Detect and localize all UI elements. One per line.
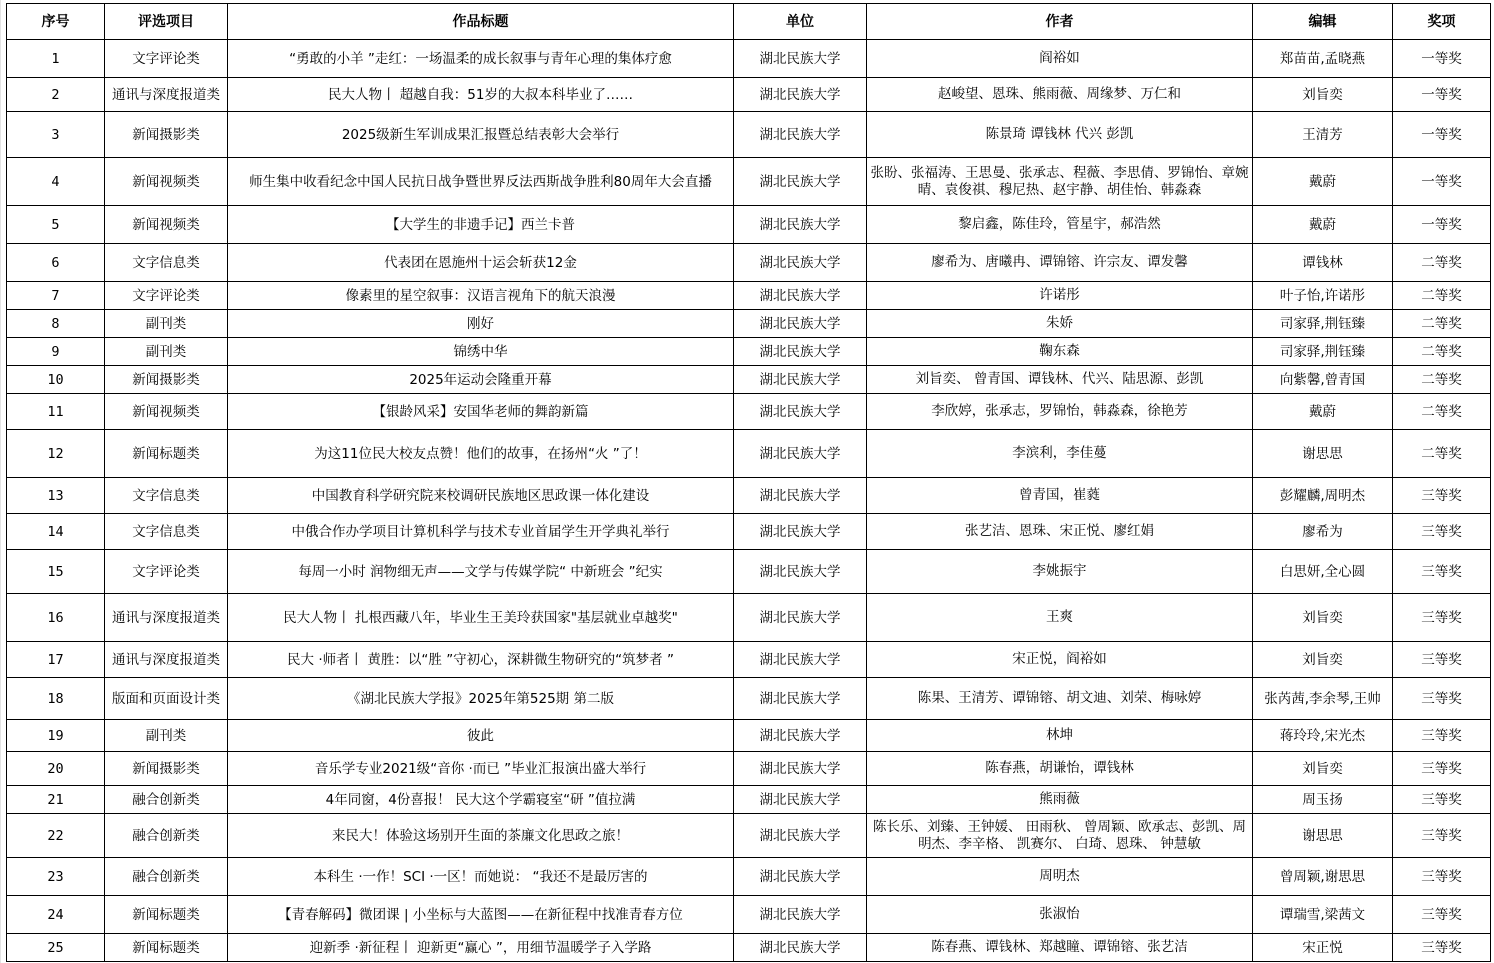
cell-category[interactable]: 副刊类 bbox=[105, 338, 228, 366]
cell-authors[interactable]: 林坤 bbox=[867, 720, 1253, 752]
cell-editors[interactable]: 曾周颖,谢思思 bbox=[1253, 858, 1393, 896]
cell-editors[interactable]: 刘旨奕 bbox=[1253, 594, 1393, 642]
cell-no[interactable]: 4 bbox=[7, 158, 105, 206]
table-row: 3新闻摄影类2025级新生军训成果汇报暨总结表彰大会举行湖北民族大学陈景琦 谭钱… bbox=[7, 112, 1491, 158]
cell-title[interactable]: 民大人物丨 扎根西藏八年，毕业生王美玲获国家"基层就业卓越奖" bbox=[228, 594, 734, 642]
cell-authors[interactable]: 李欣婷，张承志，罗锦怡，韩淼森，徐艳芳 bbox=[867, 394, 1253, 430]
cell-editors[interactable]: 王清芳 bbox=[1253, 112, 1393, 158]
table-row: 21融合创新类4年同窗，4份喜报！ 民大这个学霸寝室“研 ”值拉满湖北民族大学熊… bbox=[7, 786, 1491, 814]
cell-no[interactable]: 13 bbox=[7, 478, 105, 514]
cell-authors[interactable]: 周明杰 bbox=[867, 858, 1253, 896]
table-row: 12新闻标题类为这11位民大校友点赞！他们的故事，在扬州“火 ”了！湖北民族大学… bbox=[7, 430, 1491, 478]
cell-category[interactable]: 新闻摄影类 bbox=[105, 752, 228, 786]
cell-editors[interactable]: 戴蔚 bbox=[1253, 206, 1393, 244]
cell-award[interactable]: 二等奖 bbox=[1393, 244, 1491, 282]
cell-unit[interactable]: 湖北民族大学 bbox=[734, 720, 867, 752]
cell-title[interactable]: 彼此 bbox=[228, 720, 734, 752]
table-row: 16通讯与深度报道类民大人物丨 扎根西藏八年，毕业生王美玲获国家"基层就业卓越奖… bbox=[7, 594, 1491, 642]
cell-award[interactable]: 三等奖 bbox=[1393, 550, 1491, 594]
cell-category[interactable]: 融合创新类 bbox=[105, 786, 228, 814]
cell-award[interactable]: 三等奖 bbox=[1393, 678, 1491, 720]
cell-authors[interactable]: 陈果、王清芳、谭锦镕、胡文迪、刘荣、梅咏婷 bbox=[867, 678, 1253, 720]
cell-award[interactable]: 二等奖 bbox=[1393, 394, 1491, 430]
cell-category[interactable]: 副刊类 bbox=[105, 720, 228, 752]
cell-authors[interactable]: 鞠东森 bbox=[867, 338, 1253, 366]
cell-title[interactable]: 锦绣中华 bbox=[228, 338, 734, 366]
cell-no[interactable]: 10 bbox=[7, 366, 105, 394]
cell-award[interactable]: 二等奖 bbox=[1393, 282, 1491, 310]
cell-award[interactable]: 三等奖 bbox=[1393, 642, 1491, 678]
cell-authors[interactable]: 宋正悦，阎裕如 bbox=[867, 642, 1253, 678]
cell-title[interactable]: 迎新季 ·新征程丨 迎新更“赢心 ”，用细节温暖学子入学路 bbox=[228, 934, 734, 962]
cell-no[interactable]: 17 bbox=[7, 642, 105, 678]
cell-editors[interactable]: 彭耀麟,周明杰 bbox=[1253, 478, 1393, 514]
table-row: 18版面和页面设计类《湖北民族大学报》2025年第525期 第二版湖北民族大学陈… bbox=[7, 678, 1491, 720]
cell-authors[interactable]: 朱娇 bbox=[867, 310, 1253, 338]
cell-no[interactable]: 5 bbox=[7, 206, 105, 244]
cell-unit[interactable]: 湖北民族大学 bbox=[734, 814, 867, 858]
table-row: 24新闻标题类【青春解码】微团课 | 小坐标与大蓝图——在新征程中找准青春方位湖… bbox=[7, 896, 1491, 934]
cell-unit[interactable]: 湖北民族大学 bbox=[734, 678, 867, 720]
cell-award[interactable]: 三等奖 bbox=[1393, 814, 1491, 858]
cell-no[interactable]: 16 bbox=[7, 594, 105, 642]
cell-title[interactable]: 来民大！体验这场别开生面的茶廉文化思政之旅！ bbox=[228, 814, 734, 858]
cell-award[interactable]: 一等奖 bbox=[1393, 40, 1491, 78]
cell-category[interactable]: 新闻摄影类 bbox=[105, 366, 228, 394]
cell-editors[interactable]: 谭钱林 bbox=[1253, 244, 1393, 282]
cell-unit[interactable]: 湖北民族大学 bbox=[734, 394, 867, 430]
cell-category[interactable]: 文字评论类 bbox=[105, 550, 228, 594]
table-row: 7文字评论类像素里的星空叙事：汉语言视角下的航天浪漫湖北民族大学许诺彤叶子怡,许… bbox=[7, 282, 1491, 310]
cell-title[interactable]: 【大学生的非遗手记】西兰卡普 bbox=[228, 206, 734, 244]
cell-authors[interactable]: 廖希为、唐曦冉、谭锦镕、许宗友、谭发馨 bbox=[867, 244, 1253, 282]
cell-unit[interactable]: 湖北民族大学 bbox=[734, 858, 867, 896]
cell-category[interactable]: 新闻标题类 bbox=[105, 934, 228, 962]
cell-award[interactable]: 一等奖 bbox=[1393, 158, 1491, 206]
cell-unit[interactable]: 湖北民族大学 bbox=[734, 786, 867, 814]
cell-unit[interactable]: 湖北民族大学 bbox=[734, 112, 867, 158]
cell-title[interactable]: 刚好 bbox=[228, 310, 734, 338]
cell-award[interactable]: 三等奖 bbox=[1393, 934, 1491, 962]
cell-award[interactable]: 三等奖 bbox=[1393, 896, 1491, 934]
awards-table: 序号 评选项目 作品标题 单位 作者 编辑 奖项 1文字评论类“勇敢的小羊 ”走… bbox=[6, 3, 1491, 962]
cell-category[interactable]: 新闻标题类 bbox=[105, 430, 228, 478]
table-row: 22融合创新类来民大！体验这场别开生面的茶廉文化思政之旅！湖北民族大学陈长乐、刘… bbox=[7, 814, 1491, 858]
table-row: 15文字评论类每周一小时 润物细无声——文学与传媒学院“ 中新班会 ”纪实湖北民… bbox=[7, 550, 1491, 594]
table-row: 2通讯与深度报道类民大人物丨 超越自我：51岁的大叔本科毕业了……湖北民族大学赵… bbox=[7, 78, 1491, 112]
cell-unit[interactable]: 湖北民族大学 bbox=[734, 158, 867, 206]
cell-category[interactable]: 新闻视频类 bbox=[105, 394, 228, 430]
cell-editors[interactable]: 戴蔚 bbox=[1253, 394, 1393, 430]
cell-no[interactable]: 15 bbox=[7, 550, 105, 594]
cell-title[interactable]: 中国教育科学研究院来校调研民族地区思政课一体化建设 bbox=[228, 478, 734, 514]
cell-authors[interactable]: 许诺彤 bbox=[867, 282, 1253, 310]
cell-category[interactable]: 文字信息类 bbox=[105, 514, 228, 550]
cell-editors[interactable]: 谭瑞雪,梁茜文 bbox=[1253, 896, 1393, 934]
table-row: 8副刊类刚好湖北民族大学朱娇司家驿,荆钰臻二等奖 bbox=[7, 310, 1491, 338]
cell-no[interactable]: 14 bbox=[7, 514, 105, 550]
cell-unit[interactable]: 湖北民族大学 bbox=[734, 430, 867, 478]
cell-no[interactable]: 24 bbox=[7, 896, 105, 934]
cell-editors[interactable]: 宋正悦 bbox=[1253, 934, 1393, 962]
cell-unit[interactable]: 湖北民族大学 bbox=[734, 934, 867, 962]
table-row: 14文字信息类中俄合作办学项目计算机科学与技术专业首届学生开学典礼举行湖北民族大… bbox=[7, 514, 1491, 550]
cell-no[interactable]: 23 bbox=[7, 858, 105, 896]
cell-category[interactable]: 文字信息类 bbox=[105, 478, 228, 514]
cell-authors[interactable]: 黎启鑫，陈佳玲，管星宇，郝浩然 bbox=[867, 206, 1253, 244]
cell-award[interactable]: 三等奖 bbox=[1393, 858, 1491, 896]
table-row: 9副刊类锦绣中华湖北民族大学鞠东森司家驿,荆钰臻二等奖 bbox=[7, 338, 1491, 366]
cell-unit[interactable]: 湖北民族大学 bbox=[734, 244, 867, 282]
cell-unit[interactable]: 湖北民族大学 bbox=[734, 338, 867, 366]
cell-category[interactable]: 新闻视频类 bbox=[105, 206, 228, 244]
cell-title[interactable]: 像素里的星空叙事：汉语言视角下的航天浪漫 bbox=[228, 282, 734, 310]
cell-title[interactable]: 《湖北民族大学报》2025年第525期 第二版 bbox=[228, 678, 734, 720]
cell-award[interactable]: 一等奖 bbox=[1393, 112, 1491, 158]
table-row: 5新闻视频类【大学生的非遗手记】西兰卡普湖北民族大学黎启鑫，陈佳玲，管星宇，郝浩… bbox=[7, 206, 1491, 244]
table-row: 20新闻摄影类音乐学专业2021级“音你 ·而已 ”毕业汇报演出盛大举行湖北民族… bbox=[7, 752, 1491, 786]
table-row: 17通讯与深度报道类民大 ·师者丨 黄胜：以“胜 ”守初心，深耕微生物研究的“筑… bbox=[7, 642, 1491, 678]
cell-editors[interactable]: 向紫馨,曾青国 bbox=[1253, 366, 1393, 394]
cell-category[interactable]: 新闻标题类 bbox=[105, 896, 228, 934]
cell-editors[interactable]: 刘旨奕 bbox=[1253, 642, 1393, 678]
cell-unit[interactable]: 湖北民族大学 bbox=[734, 550, 867, 594]
cell-category[interactable]: 通讯与深度报道类 bbox=[105, 642, 228, 678]
cell-category[interactable]: 版面和页面设计类 bbox=[105, 678, 228, 720]
table-row: 1文字评论类“勇敢的小羊 ”走红：一场温柔的成长叙事与青年心理的集体疗愈湖北民族… bbox=[7, 40, 1491, 78]
cell-title[interactable]: 【青春解码】微团课 | 小坐标与大蓝图——在新征程中找准青春方位 bbox=[228, 896, 734, 934]
cell-authors[interactable]: 熊雨薇 bbox=[867, 786, 1253, 814]
cell-editors[interactable]: 白思妍,全心圆 bbox=[1253, 550, 1393, 594]
cell-category[interactable]: 融合创新类 bbox=[105, 858, 228, 896]
cell-no[interactable]: 25 bbox=[7, 934, 105, 962]
table-row: 19副刊类彼此湖北民族大学林坤蒋玲玲,宋光杰三等奖 bbox=[7, 720, 1491, 752]
cell-unit[interactable]: 湖北民族大学 bbox=[734, 366, 867, 394]
cell-title[interactable]: 4年同窗，4份喜报！ 民大这个学霸寝室“研 ”值拉满 bbox=[228, 786, 734, 814]
cell-award[interactable]: 二等奖 bbox=[1393, 310, 1491, 338]
cell-category[interactable]: 副刊类 bbox=[105, 310, 228, 338]
cell-category[interactable]: 文字信息类 bbox=[105, 244, 228, 282]
cell-unit[interactable]: 湖北民族大学 bbox=[734, 896, 867, 934]
cell-title[interactable]: 本科生 ·一作！SCI ·一区！而她说： “我还不是最厉害的 bbox=[228, 858, 734, 896]
cell-unit[interactable]: 湖北民族大学 bbox=[734, 282, 867, 310]
cell-award[interactable]: 一等奖 bbox=[1393, 206, 1491, 244]
col-header-no[interactable]: 序号 bbox=[7, 4, 105, 40]
cell-title[interactable]: 师生集中收看纪念中国人民抗日战争暨世界反法西斯战争胜利80周年大会直播 bbox=[228, 158, 734, 206]
cell-editors[interactable]: 刘旨奕 bbox=[1253, 78, 1393, 112]
cell-no[interactable]: 3 bbox=[7, 112, 105, 158]
cell-editors[interactable]: 谢思思 bbox=[1253, 430, 1393, 478]
cell-authors[interactable]: 曾青国，崔蕤 bbox=[867, 478, 1253, 514]
cell-authors[interactable]: 刘旨奕、 曾青国、谭钱林、代兴、陆思源、彭凯 bbox=[867, 366, 1253, 394]
cell-unit[interactable]: 湖北民族大学 bbox=[734, 642, 867, 678]
cell-authors[interactable]: 陈长乐、刘臻、王钟媛、 田雨秋、 曾周颖、欧承志、彭凯、周明杰、李辛格、 凯赛尔… bbox=[867, 814, 1253, 858]
cell-no[interactable]: 22 bbox=[7, 814, 105, 858]
header-row: 序号 评选项目 作品标题 单位 作者 编辑 奖项 bbox=[7, 4, 1491, 40]
table-row: 10新闻摄影类2025年运动会隆重开幕湖北民族大学刘旨奕、 曾青国、谭钱林、代兴… bbox=[7, 366, 1491, 394]
col-header-unit[interactable]: 单位 bbox=[734, 4, 867, 40]
cell-no[interactable]: 8 bbox=[7, 310, 105, 338]
col-header-title[interactable]: 作品标题 bbox=[228, 4, 734, 40]
cell-no[interactable]: 18 bbox=[7, 678, 105, 720]
cell-award[interactable]: 二等奖 bbox=[1393, 366, 1491, 394]
cell-title[interactable]: 2025级新生军训成果汇报暨总结表彰大会举行 bbox=[228, 112, 734, 158]
table-row: 6文字信息类代表团在恩施州十运会斩获12金湖北民族大学廖希为、唐曦冉、谭锦镕、许… bbox=[7, 244, 1491, 282]
cell-no[interactable]: 21 bbox=[7, 786, 105, 814]
cell-authors[interactable]: 王爽 bbox=[867, 594, 1253, 642]
table-row: 25新闻标题类迎新季 ·新征程丨 迎新更“赢心 ”，用细节温暖学子入学路湖北民族… bbox=[7, 934, 1491, 962]
cell-award[interactable]: 二等奖 bbox=[1393, 430, 1491, 478]
cell-editors[interactable]: 司家驿,荆钰臻 bbox=[1253, 338, 1393, 366]
cell-editors[interactable]: 郑苗苗,孟晓燕 bbox=[1253, 40, 1393, 78]
cell-title[interactable]: 音乐学专业2021级“音你 ·而已 ”毕业汇报演出盛大举行 bbox=[228, 752, 734, 786]
cell-category[interactable]: 通讯与深度报道类 bbox=[105, 78, 228, 112]
cell-authors[interactable]: 张盼、张福涛、王思曼、张承志、程薇、李思倩、罗锦怡、章婉晴、袁俊祺、穆尼热、赵宇… bbox=[867, 158, 1253, 206]
cell-title[interactable]: 代表团在恩施州十运会斩获12金 bbox=[228, 244, 734, 282]
cell-no[interactable]: 11 bbox=[7, 394, 105, 430]
cell-no[interactable]: 20 bbox=[7, 752, 105, 786]
cell-no[interactable]: 9 bbox=[7, 338, 105, 366]
col-header-editors[interactable]: 编辑 bbox=[1253, 4, 1393, 40]
cell-editors[interactable]: 戴蔚 bbox=[1253, 158, 1393, 206]
cell-award[interactable]: 三等奖 bbox=[1393, 752, 1491, 786]
cell-authors[interactable]: 赵峻望、恩珠、熊雨薇、周缘梦、万仁和 bbox=[867, 78, 1253, 112]
cell-no[interactable]: 19 bbox=[7, 720, 105, 752]
cell-authors[interactable]: 陈景琦 谭钱林 代兴 彭凯 bbox=[867, 112, 1253, 158]
cell-authors[interactable]: 李姚振宇 bbox=[867, 550, 1253, 594]
cell-editors[interactable]: 司家驿,荆钰臻 bbox=[1253, 310, 1393, 338]
cell-unit[interactable]: 湖北民族大学 bbox=[734, 514, 867, 550]
col-header-authors[interactable]: 作者 bbox=[867, 4, 1253, 40]
cell-title[interactable]: 民大人物丨 超越自我：51岁的大叔本科毕业了…… bbox=[228, 78, 734, 112]
col-header-category[interactable]: 评选项目 bbox=[105, 4, 228, 40]
cell-title[interactable]: 为这11位民大校友点赞！他们的故事，在扬州“火 ”了！ bbox=[228, 430, 734, 478]
cell-unit[interactable]: 湖北民族大学 bbox=[734, 594, 867, 642]
cell-editors[interactable]: 廖希为 bbox=[1253, 514, 1393, 550]
cell-award[interactable]: 三等奖 bbox=[1393, 720, 1491, 752]
cell-unit[interactable]: 湖北民族大学 bbox=[734, 478, 867, 514]
cell-authors[interactable]: 李滨利，李佳蔓 bbox=[867, 430, 1253, 478]
table-row: 4新闻视频类师生集中收看纪念中国人民抗日战争暨世界反法西斯战争胜利80周年大会直… bbox=[7, 158, 1491, 206]
cell-no[interactable]: 6 bbox=[7, 244, 105, 282]
cell-title[interactable]: 民大 ·师者丨 黄胜：以“胜 ”守初心，深耕微生物研究的“筑梦者 ” bbox=[228, 642, 734, 678]
cell-award[interactable]: 一等奖 bbox=[1393, 78, 1491, 112]
cell-no[interactable]: 12 bbox=[7, 430, 105, 478]
cell-title[interactable]: 2025年运动会隆重开幕 bbox=[228, 366, 734, 394]
cell-editors[interactable]: 谢思思 bbox=[1253, 814, 1393, 858]
cell-authors[interactable]: 陈春燕，胡谦怡，谭钱林 bbox=[867, 752, 1253, 786]
cell-title[interactable]: 中俄合作办学项目计算机科学与技术专业首届学生开学典礼举行 bbox=[228, 514, 734, 550]
cell-unit[interactable]: 湖北民族大学 bbox=[734, 310, 867, 338]
cell-editors[interactable]: 张芮茜,李余琴,王帅 bbox=[1253, 678, 1393, 720]
cell-title[interactable]: 【银龄风采】安国华老师的舞韵新篇 bbox=[228, 394, 734, 430]
table-row: 23融合创新类本科生 ·一作！SCI ·一区！而她说： “我还不是最厉害的湖北民… bbox=[7, 858, 1491, 896]
cell-category[interactable]: 融合创新类 bbox=[105, 814, 228, 858]
cell-editors[interactable]: 蒋玲玲,宋光杰 bbox=[1253, 720, 1393, 752]
cell-editors[interactable]: 刘旨奕 bbox=[1253, 752, 1393, 786]
cell-award[interactable]: 二等奖 bbox=[1393, 338, 1491, 366]
cell-category[interactable]: 新闻视频类 bbox=[105, 158, 228, 206]
cell-unit[interactable]: 湖北民族大学 bbox=[734, 206, 867, 244]
cell-authors[interactable]: 阎裕如 bbox=[867, 40, 1253, 78]
cell-authors[interactable]: 张淑怡 bbox=[867, 896, 1253, 934]
col-header-award[interactable]: 奖项 bbox=[1393, 4, 1491, 40]
cell-award[interactable]: 三等奖 bbox=[1393, 478, 1491, 514]
cell-award[interactable]: 三等奖 bbox=[1393, 786, 1491, 814]
cell-no[interactable]: 1 bbox=[7, 40, 105, 78]
cell-category[interactable]: 文字评论类 bbox=[105, 282, 228, 310]
cell-award[interactable]: 三等奖 bbox=[1393, 594, 1491, 642]
cell-no[interactable]: 2 bbox=[7, 78, 105, 112]
cell-unit[interactable]: 湖北民族大学 bbox=[734, 78, 867, 112]
cell-unit[interactable]: 湖北民族大学 bbox=[734, 752, 867, 786]
table-row: 13文字信息类中国教育科学研究院来校调研民族地区思政课一体化建设湖北民族大学曾青… bbox=[7, 478, 1491, 514]
cell-title[interactable]: “勇敢的小羊 ”走红：一场温柔的成长叙事与青年心理的集体疗愈 bbox=[228, 40, 734, 78]
cell-unit[interactable]: 湖北民族大学 bbox=[734, 40, 867, 78]
cell-authors[interactable]: 张艺洁、恩珠、宋正悦、廖红娟 bbox=[867, 514, 1253, 550]
cell-editors[interactable]: 叶子怡,许诺彤 bbox=[1253, 282, 1393, 310]
cell-title[interactable]: 每周一小时 润物细无声——文学与传媒学院“ 中新班会 ”纪实 bbox=[228, 550, 734, 594]
cell-editors[interactable]: 周玉扬 bbox=[1253, 786, 1393, 814]
cell-category[interactable]: 新闻摄影类 bbox=[105, 112, 228, 158]
cell-category[interactable]: 文字评论类 bbox=[105, 40, 228, 78]
cell-award[interactable]: 三等奖 bbox=[1393, 514, 1491, 550]
cell-category[interactable]: 通讯与深度报道类 bbox=[105, 594, 228, 642]
cell-authors[interactable]: 陈春燕、谭钱林、郑越瞳、谭锦镕、张艺洁 bbox=[867, 934, 1253, 962]
table-row: 11新闻视频类【银龄风采】安国华老师的舞韵新篇湖北民族大学李欣婷，张承志，罗锦怡… bbox=[7, 394, 1491, 430]
cell-no[interactable]: 7 bbox=[7, 282, 105, 310]
